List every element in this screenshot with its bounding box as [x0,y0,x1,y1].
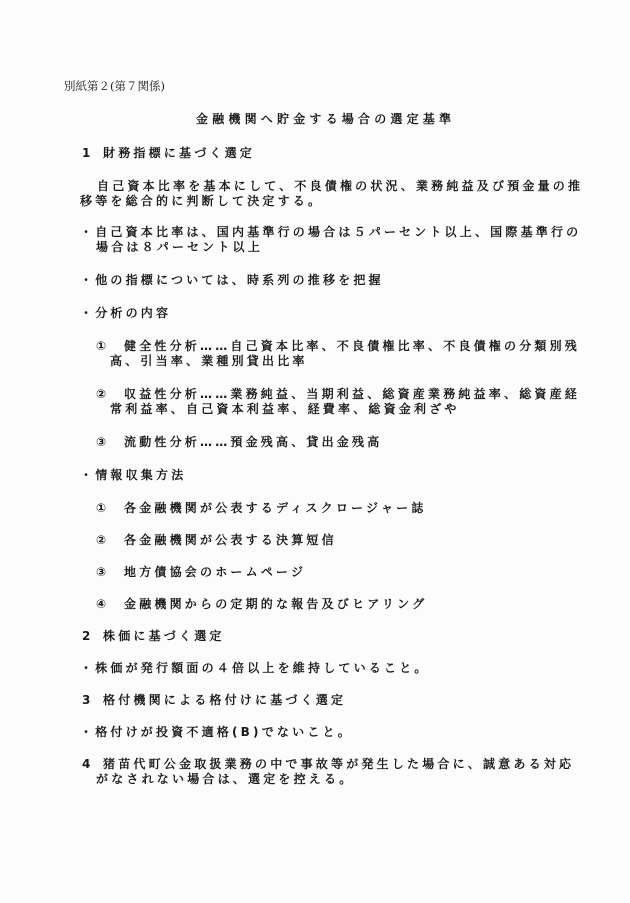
bullet-rating: ・格付けが投資不適格(B)でないこと。 [80,725,353,740]
analysis-item-1-line-2: 高、引当率、業種別貸出比率 [110,354,308,369]
analysis-item-3-line-1: 流動性分析……預金残高、貸出金残高 [124,435,382,450]
info-item-2-mark: ② [96,533,109,548]
info-item-3-mark: ③ [96,565,109,580]
analysis-item-1-mark: ① [96,339,109,354]
analysis-item-1-line-1: 健全性分析……自己資本比率、不良債権比率、不良債権の分類別残 [124,339,580,354]
section-3-number: 3 [82,693,94,708]
info-item-4-text: 金融機関からの定期的な報告及びヒアリング [124,597,427,612]
section-1-number: 1 [82,146,94,161]
section-4-line-1: 猪苗代町公金取扱業務の中で事故等が発生した場合に、誠意ある対応 [103,757,574,772]
info-item-1-mark: ① [96,501,109,516]
info-item-4-mark: ④ [96,597,109,612]
bullet-analysis-content: ・分析の内容 [80,306,171,321]
info-item-1-text: 各金融機関が公表するディスクロージャー誌 [124,501,427,516]
section-2-number: 2 [82,629,94,644]
analysis-item-2-mark: ② [96,387,109,402]
bullet-capital-ratio-line-2: 場合は８パーセント以上 [96,240,263,255]
info-item-3-text: 地方債協会のホームページ [124,565,306,580]
section-4-number: 4 [82,757,94,772]
section-2-heading: 株価に基づく選定 [103,629,225,644]
section-3-heading: 格付機関による格付けに基づく選定 [103,693,346,708]
bullet-info-collection: ・情報収集方法 [80,468,186,483]
info-item-2-text: 各金融機関が公表する決算短信 [124,533,337,548]
bullet-other-indicators: ・他の指標については、時系列の推移を把握 [80,273,384,288]
bullet-stock-price: ・株価が発行額面の４倍以上を維持していること。 [80,661,430,676]
annex-label: 別紙第２(第７関係) [64,79,165,94]
analysis-item-2-line-1: 収益性分析……業務純益、当期利益、総資産業務純益率、総資産経 [124,387,580,402]
bullet-capital-ratio-line-1: ・自己資本比率は、国内基準行の場合は５パーセント以上、国際基準行の [80,225,581,240]
section-1-heading: 財務指標に基づく選定 [103,146,255,161]
analysis-item-3-mark: ③ [96,435,109,450]
analysis-item-2-line-2: 常利益率、自己資本利益率、経費率、総資金利ざや [110,402,460,417]
document-title: 金融機関へ貯金する場合の選定基準 [196,112,455,127]
section-1-paragraph-line-1: 自己資本比率を基本にして、不良債権の状況、業務純益及び預金量の推 [97,179,583,194]
section-1-paragraph-line-2: 移等を総合的に判断して決定する。 [80,194,323,209]
section-4-line-2: がなされない場合は、選定を控える。 [96,772,354,787]
